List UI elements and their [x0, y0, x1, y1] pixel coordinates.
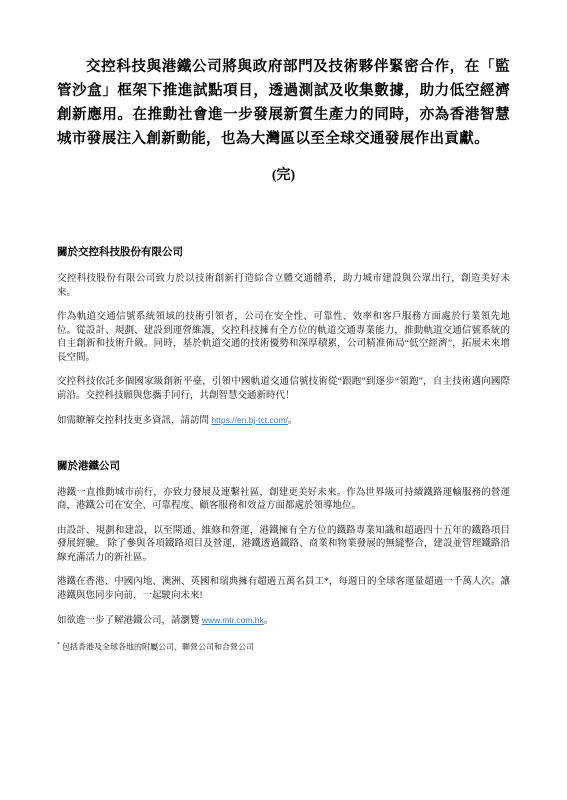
section-heading-tct: 關於交控科技股份有限公司 — [57, 244, 510, 259]
document-page: 交控科技與港鐵公司將與政府部門及技術夥伴緊密合作，在「監管沙盒」框架下推進試點項… — [0, 0, 567, 800]
mtr-website-link[interactable]: www.mtr.com.hk — [202, 615, 264, 625]
tct-paragraph-1: 交控科技股份有限公司致力於以技術創新打造綜合立體交通體系，助力城市建設與公眾出行… — [57, 273, 510, 300]
tct-paragraph-3: 交控科技依託多個國家級創新平臺，引領中國軌道交通信號技術從“跟跑”到逐步“領跑”… — [57, 376, 510, 403]
section-heading-mtr: 關於港鐵公司 — [57, 458, 510, 473]
tct-link-prefix: 如需瞭解交控科技更多資訊，請訪問 — [57, 416, 211, 426]
tct-paragraph-2: 作為軌道交通信號系統領域的技術引領者，公司在安全性、可靠性、效率和客戶服務方面處… — [57, 311, 510, 365]
mtr-link-suffix: 。 — [264, 616, 274, 626]
document-content: 交控科技與港鐵公司將與政府部門及技術夥伴緊密合作，在「監管沙盒」框架下推進試點項… — [57, 0, 510, 652]
tct-link-line: 如需瞭解交控科技更多資訊，請訪問 https://en.bj-tct.com/。 — [57, 414, 510, 429]
closing-paragraph: 交控科技與港鐵公司將與政府部門及技術夥伴緊密合作，在「監管沙盒」框架下推進試點項… — [57, 0, 510, 151]
end-marker: (完) — [57, 164, 510, 184]
mtr-paragraph-2: 由設計、規劃和建設，以至開通、維修和營運，港鐵擁有全方位的鐵路專業知識和超過四十… — [57, 525, 510, 566]
mtr-link-line: 如欲進一步了解港鐵公司，請瀏覽 www.mtr.com.hk。 — [57, 614, 510, 629]
footnote: * 包括香港及全球各地的附屬公司、聯營公司和合營公司 — [57, 640, 510, 653]
section-about-tct: 關於交控科技股份有限公司 交控科技股份有限公司致力於以技術創新打造綜合立體交通體… — [57, 244, 510, 429]
footnote-text: 包括香港及全球各地的附屬公司、聯營公司和合營公司 — [60, 642, 254, 651]
mtr-paragraph-3: 港鐵在香港、中國內地、澳洲、英國和瑞典擁有超過五萬名員工*，每週日的全球客運量超… — [57, 576, 510, 603]
mtr-link-prefix: 如欲進一步了解港鐵公司，請瀏覽 — [57, 616, 202, 626]
tct-website-link[interactable]: https://en.bj-tct.com/ — [211, 415, 288, 425]
mtr-paragraph-1: 港鐵一直推動城市前行，亦致力發展及連繫社區，創建更美好未來。作為世界級可持續鐵路… — [57, 487, 510, 514]
section-about-mtr: 關於港鐵公司 港鐵一直推動城市前行，亦致力發展及連繫社區，創建更美好未來。作為世… — [57, 458, 510, 653]
tct-link-suffix: 。 — [288, 416, 298, 426]
